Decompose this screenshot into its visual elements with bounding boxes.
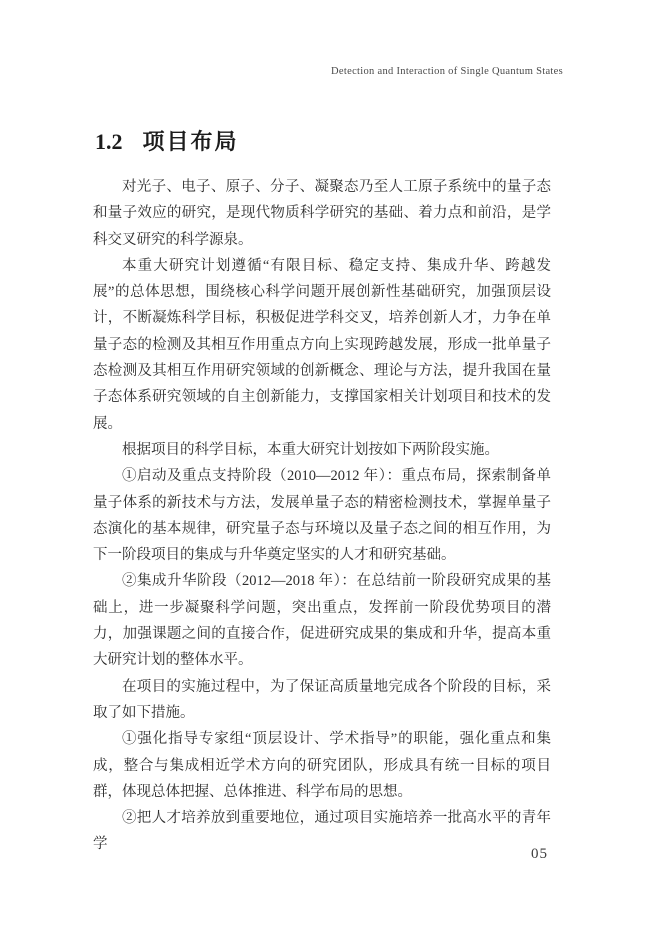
section-title: 项目布局 [143,125,239,156]
body-paragraph: ②集成升华阶段（2012—2018 年）：在总结前一阶段研究成果的基础上，进一步… [93,568,551,673]
body-paragraph: 根据项目的科学目标，本重大研究计划按如下两阶段实施。 [93,437,551,463]
section-number: 1.2 [95,129,123,155]
page-number: 05 [531,846,548,863]
document-page: Detection and Interaction of Single Quan… [0,0,666,930]
body-paragraph: 本重大研究计划遵循“有限目标、稳定支持、集成升华、跨越发展”的总体思想，围绕核心… [93,253,551,437]
body-paragraph: ①强化指导专家组“顶层设计、学术指导”的职能，强化重点和集成，整合与集成相近学术… [93,726,551,805]
body-paragraph: 对光子、电子、原子、分子、凝聚态乃至人工原子系统中的量子态和量子效应的研究，是现… [93,174,551,253]
running-header: Detection and Interaction of Single Quan… [0,66,563,77]
section-heading: 1.2 项目布局 [95,125,239,156]
body-paragraph: ①启动及重点支持阶段（2010—2012 年）：重点布局，探索制备单量子体系的新… [93,463,551,568]
body-paragraph: ②把人才培养放到重要地位，通过项目实施培养一批高水平的青年学 [93,805,551,858]
body-paragraph: 在项目的实施过程中，为了保证高质量地完成各个阶段的目标，采取了如下措施。 [93,674,551,727]
body-text: 对光子、电子、原子、分子、凝聚态乃至人工原子系统中的量子态和量子效应的研究，是现… [93,174,551,858]
